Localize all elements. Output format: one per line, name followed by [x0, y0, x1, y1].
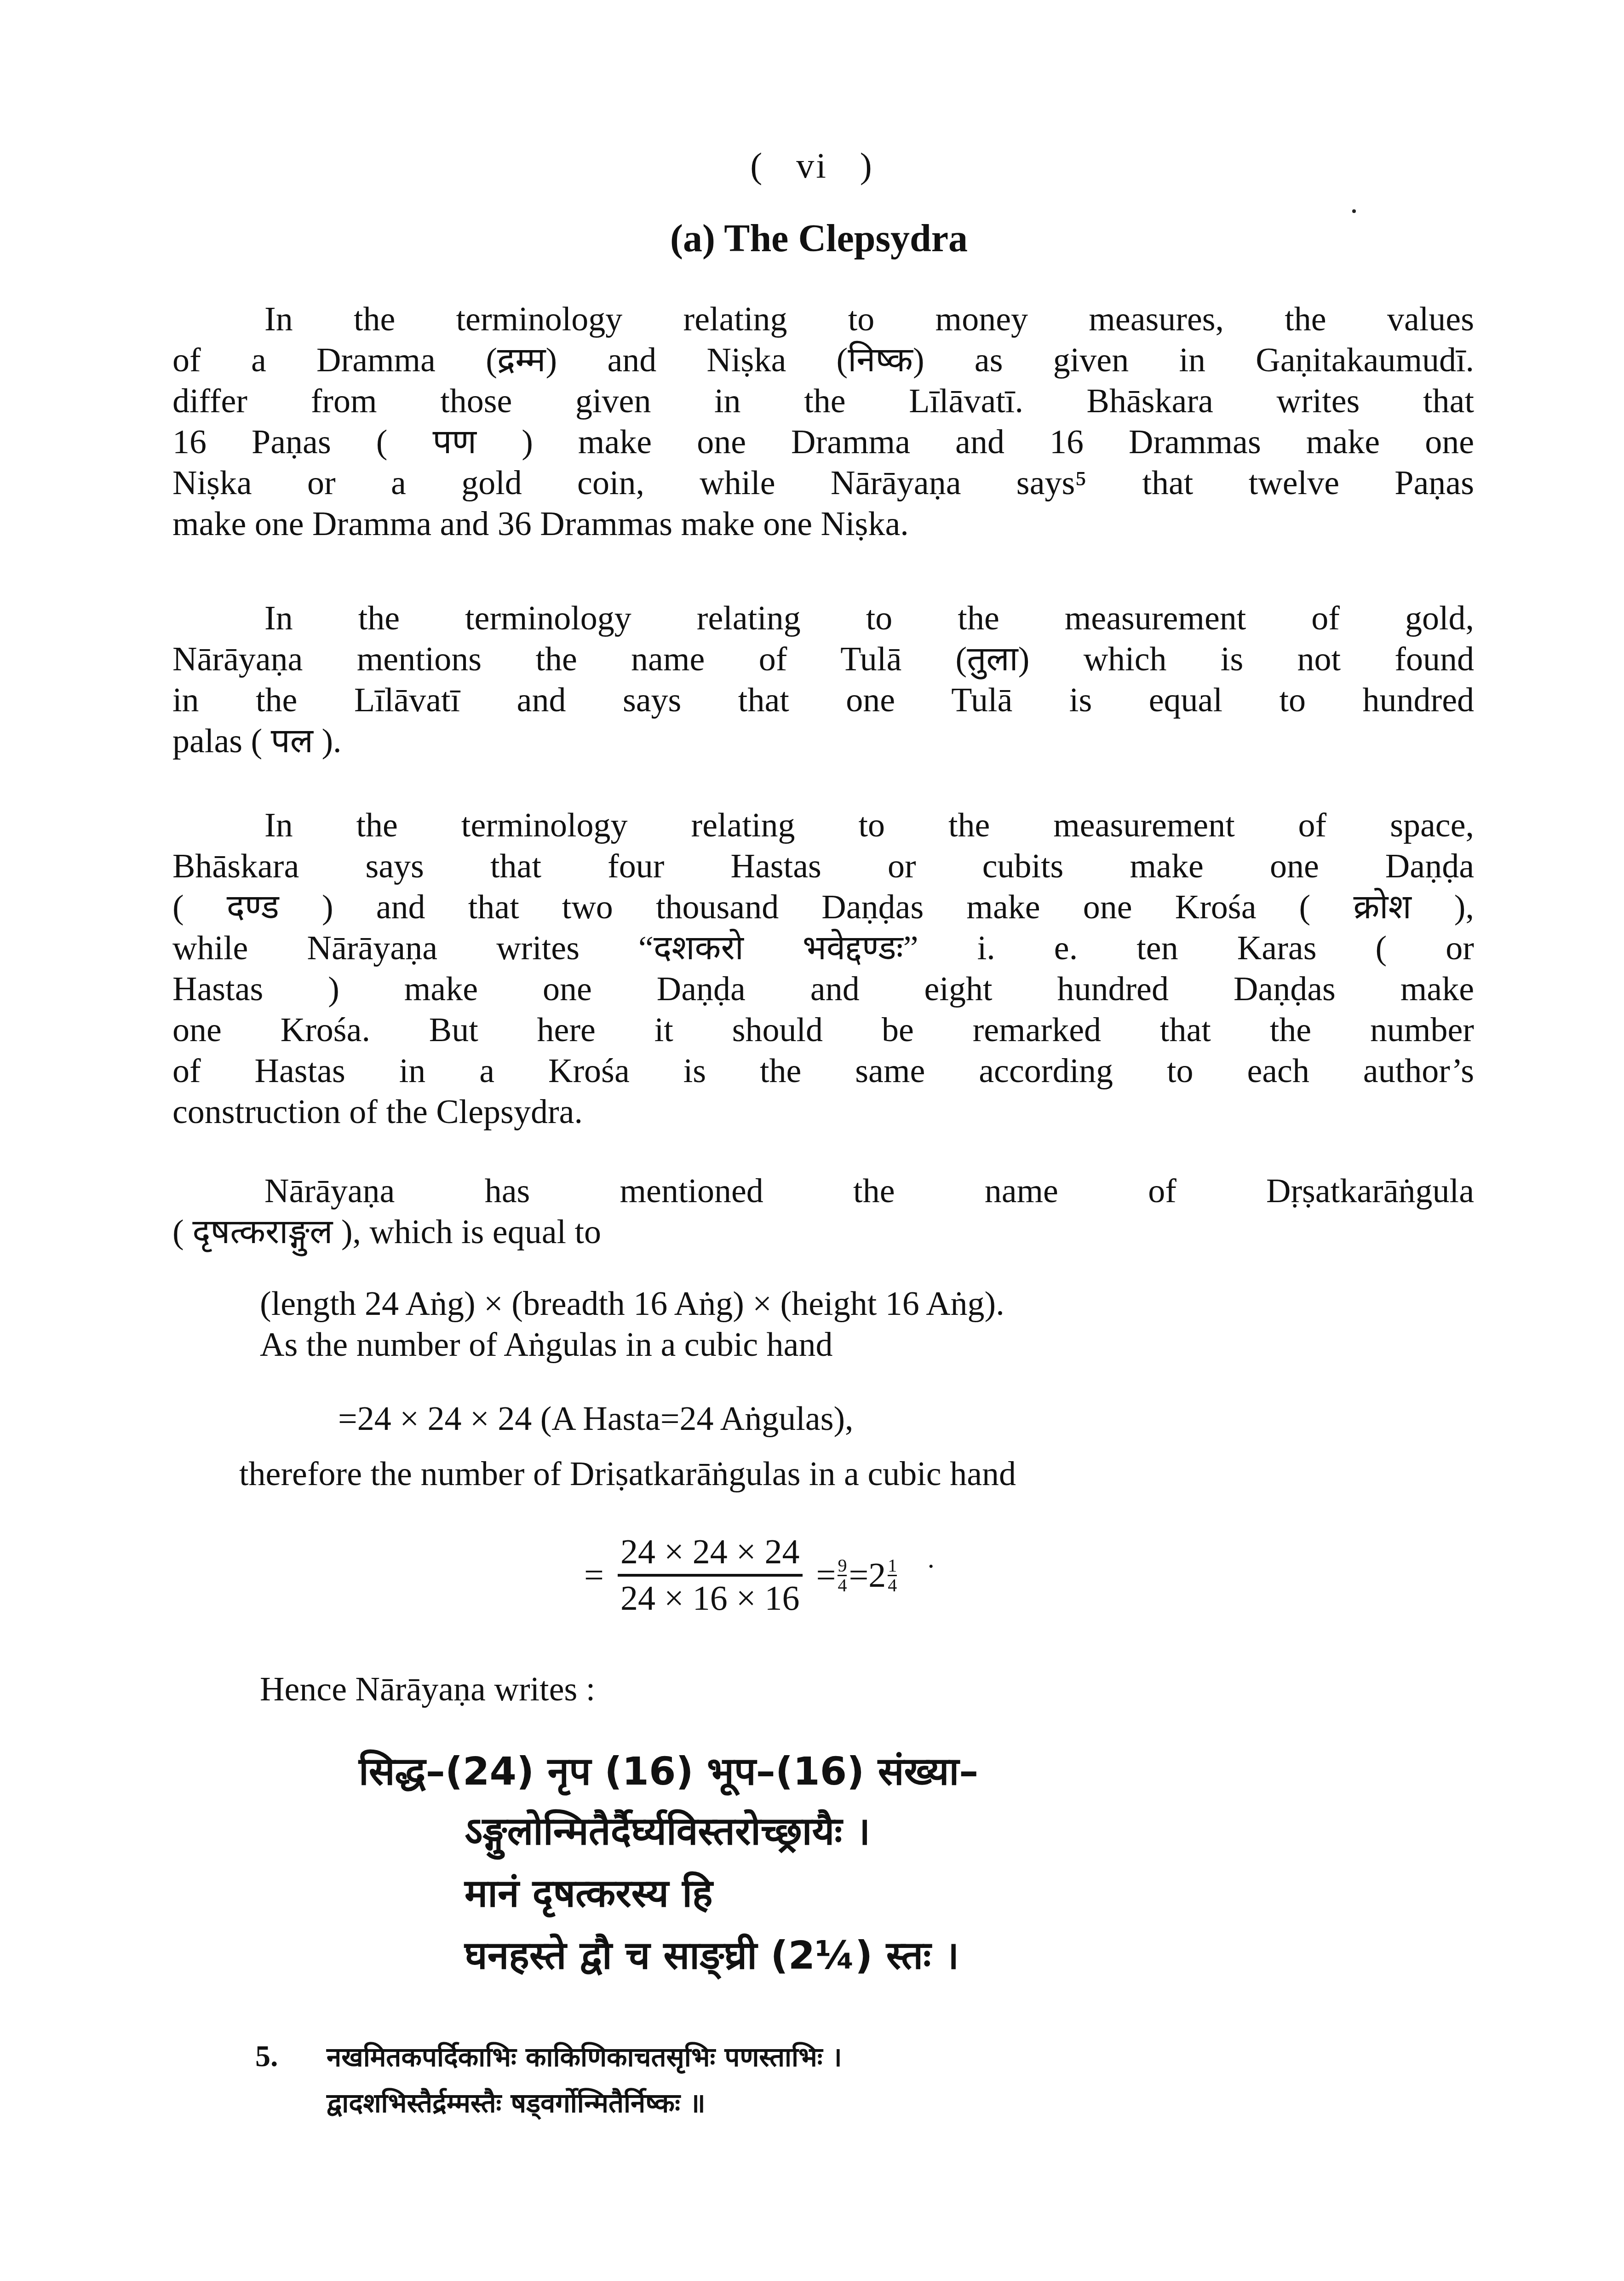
verse-line: मानं दृषत्करस्य हि [465, 1870, 713, 1916]
text-line: of Hastas in a Krośa is the same accordi… [172, 1051, 1474, 1092]
text-line: of a Dramma (द्रम्म) and Niṣka (निष्क) a… [172, 340, 1474, 381]
text-line: 16 Paṇas ( पण ) make one Dramma and 16 D… [172, 422, 1474, 463]
text-line: Nārāyaṇa mentions the name of Tulā (तुला… [172, 639, 1474, 680]
paragraph-money-measures: In the terminology relating to money mea… [172, 299, 1474, 545]
page-number-text: vi [796, 145, 828, 185]
text-line: make one Dramma and 36 Drammas make one … [172, 504, 1474, 545]
simple-fraction: 9 4 [838, 1556, 847, 1595]
text-line: ( दृषत्कराङ्गुल ), which is equal to [172, 1212, 1474, 1253]
hence-text: Hence Nārāyaṇa writes : [260, 1670, 595, 1709]
paragraph-space-measures: In the terminology relating to the measu… [172, 805, 1474, 1133]
simple-denominator: 4 [838, 1576, 847, 1595]
mixed-whole: =2 [849, 1555, 886, 1596]
text-line: in the Līlāvatī and says that one Tulā i… [172, 680, 1474, 721]
math-therefore: therefore the number of Driṣatkarāṅgulas… [239, 1454, 1016, 1495]
equals-sign: = [816, 1555, 836, 1596]
mixed-numerator: 1 [888, 1556, 897, 1576]
verse-line: सिद्ध–(24) नृप (16) भूप–(16) संख्या– [359, 1748, 978, 1794]
mixed-fraction: 1 4 [888, 1556, 897, 1595]
page-number: (vi) [0, 145, 1624, 186]
paragraph-drsatkarangula: Nārāyaṇa has mentioned the name of Dṛṣat… [172, 1171, 1474, 1253]
text-line: Bhāskara says that four Hastas or cubits… [172, 846, 1474, 887]
footnote: 5.नखमितकपर्दिकाभिः काकिणिकाचतसृभिः पणस्त… [255, 2033, 842, 2126]
mixed-denominator: 4 [888, 1576, 897, 1595]
math-dimensions-block: (length 24 Aṅg) × (breadth 16 Aṅg) × (he… [260, 1284, 1004, 1365]
math-dimensions: (length 24 Aṅg) × (breadth 16 Aṅg) × (he… [260, 1284, 1004, 1325]
footnote-number: 5. [255, 2033, 327, 2079]
fraction: 24 × 24 × 24 24 × 16 × 16 [618, 1532, 803, 1619]
paren-open: ( [750, 145, 764, 185]
text-line: palas ( पल ). [172, 721, 1474, 762]
fraction-numerator: 24 × 24 × 24 [618, 1532, 803, 1577]
footnote-line: नखमितकपर्दिकाभिः काकिणिकाचतसृभिः पणस्ताभ… [327, 2041, 842, 2073]
math-cube: =24 × 24 × 24 (A Hasta=24 Aṅgulas), [338, 1399, 854, 1440]
text-line: Niṣka or a gold coin, while Nārāyaṇa say… [172, 463, 1474, 504]
verse-line: ऽङ्गुलोन्मितैर्दैर्घ्यविस्तरोच्छ्रायैः । [465, 1808, 870, 1854]
text-line: Nārāyaṇa has mentioned the name of Dṛṣat… [172, 1171, 1474, 1212]
text-line: Hastas ) make one Daṇḍa and eight hundre… [172, 969, 1474, 1010]
text-line: ( दण्ड ) and that two thousand Daṇḍas ma… [172, 887, 1474, 928]
footnote-line: द्वादशभिस्तैर्द्रम्मस्तैः षड्वर्गोन्मितै… [255, 2080, 842, 2126]
equals-sign: = [584, 1555, 604, 1596]
paragraph-gold-measures: In the terminology relating to the measu… [172, 598, 1474, 762]
text-line: while Nārāyaṇa writes “दशकरो भवेद्दण्डः”… [172, 928, 1474, 969]
paren-close: ) [860, 145, 874, 185]
text-line: one Krośa. But here it should be remarke… [172, 1010, 1474, 1051]
text-line: In the terminology relating to the measu… [172, 805, 1474, 846]
scan-speck [1352, 209, 1356, 213]
text-line: In the terminology relating to money mea… [172, 299, 1474, 340]
text-line: In the terminology relating to the measu… [172, 598, 1474, 639]
math-fraction-equation: = 24 × 24 × 24 24 × 16 × 16 = 9 4 =2 1 4… [584, 1532, 935, 1619]
text-line: differ from those given in the Līlāvatī.… [172, 381, 1474, 422]
text-line: construction of the Clepsydra. [172, 1092, 1474, 1133]
section-title: (a) The Clepsydra [0, 216, 1624, 261]
simple-numerator: 9 [838, 1556, 847, 1576]
fraction-denominator: 24 × 16 × 16 [620, 1577, 800, 1619]
math-as-the-number: As the number of Aṅgulas in a cubic hand [260, 1325, 1004, 1365]
verse-line: घनहस्ते द्वौ च साङ्घ्री (2¼) स्तः । [465, 1932, 959, 1978]
dot-mark: · [926, 1550, 935, 1582]
